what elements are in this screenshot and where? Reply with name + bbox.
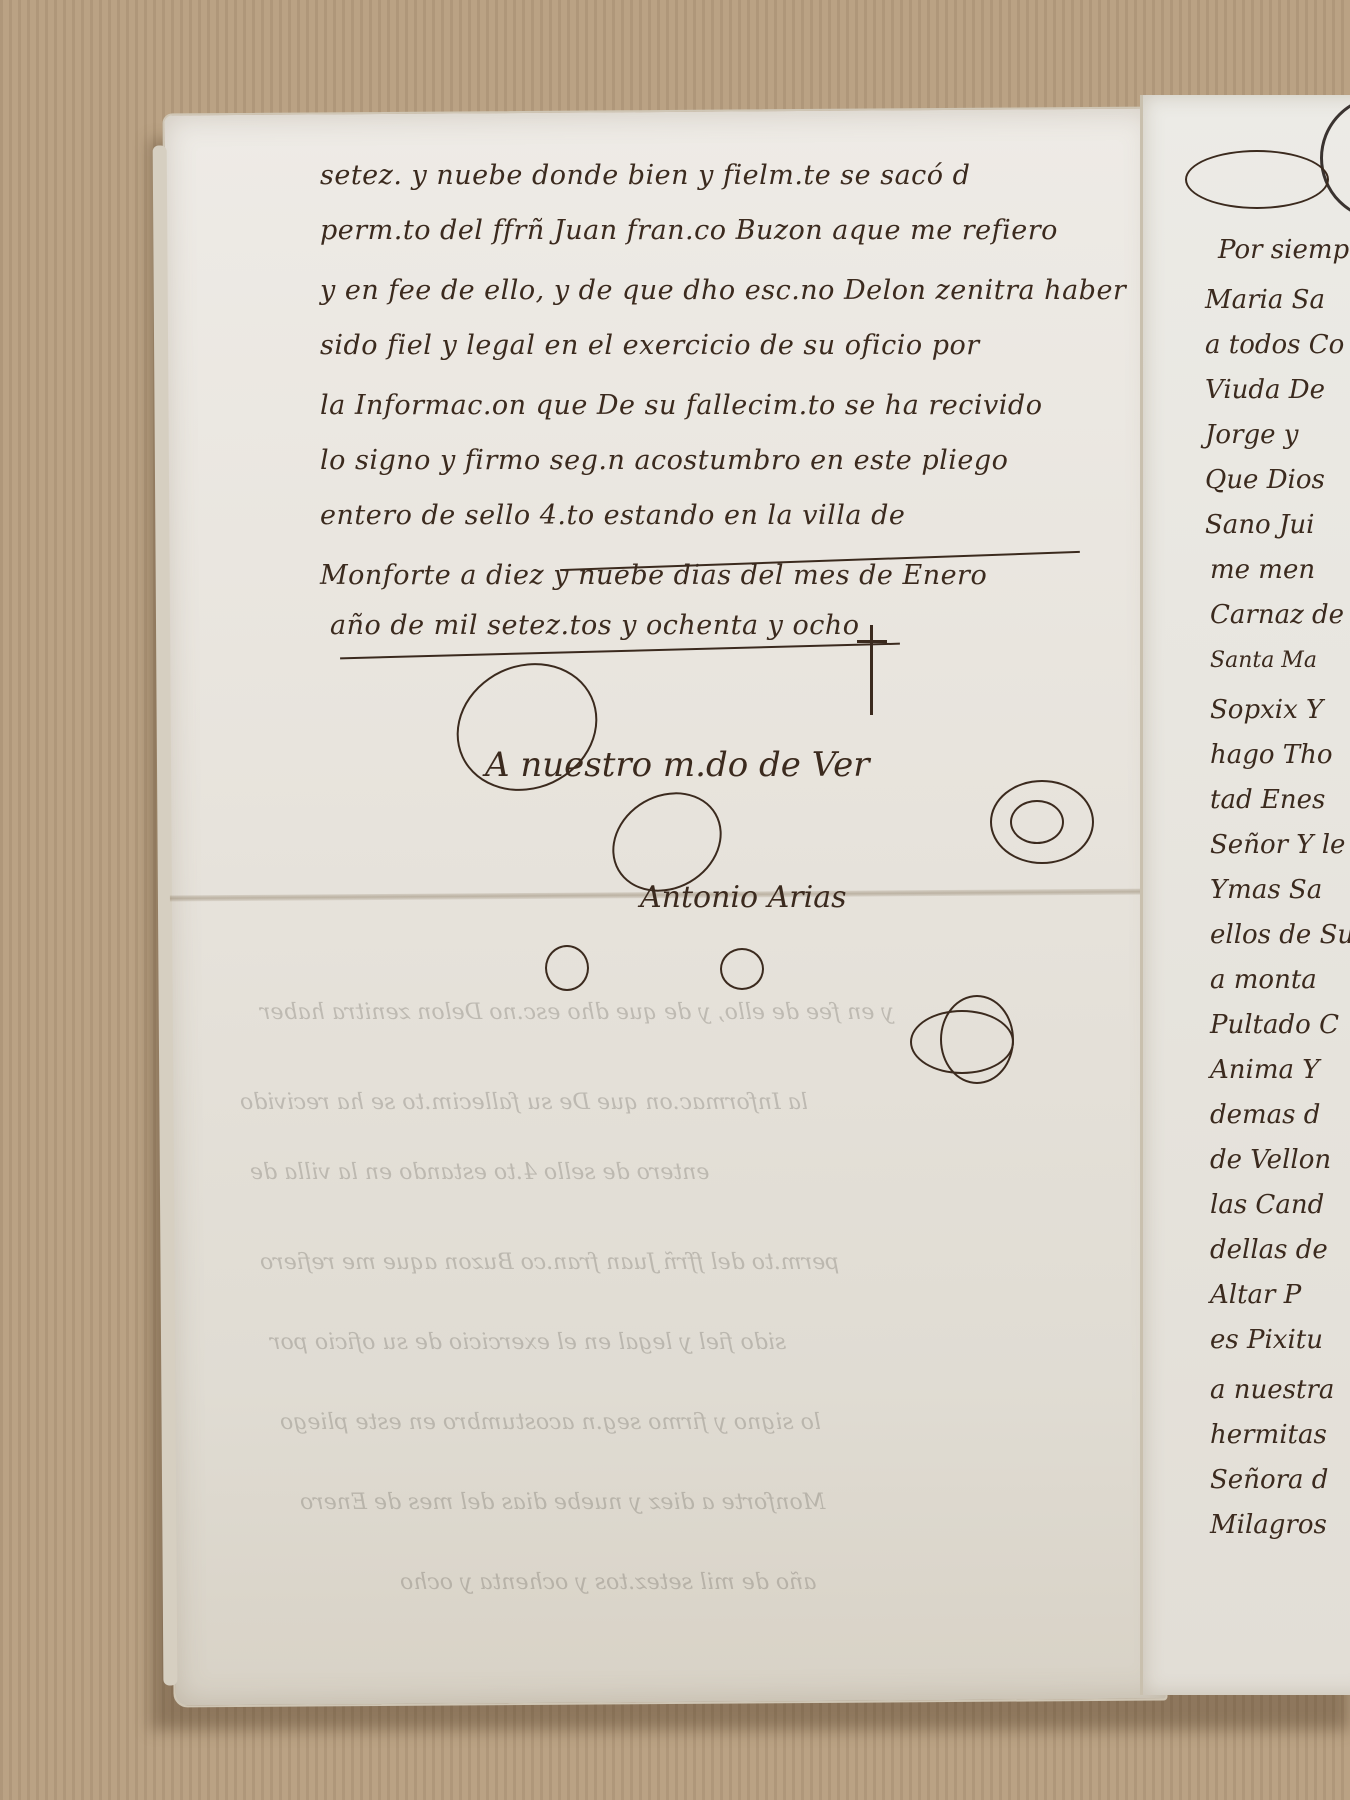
- bleed-through-text: entero de sello 4.to estando en la villa…: [250, 1160, 709, 1185]
- right-line: Sopxix Y: [1210, 695, 1323, 725]
- rubric-rosette: [720, 948, 764, 990]
- right-line: a todos Co: [1205, 330, 1344, 360]
- right-line: me men: [1210, 555, 1315, 585]
- right-line: Sano Jui: [1205, 510, 1314, 540]
- right-line: las Cand: [1210, 1190, 1324, 1220]
- right-line: a monta: [1210, 965, 1317, 995]
- right-line: Señor Y le: [1210, 830, 1345, 860]
- text-line-9: año de mil setez.tos y ochenta y ocho: [330, 610, 860, 641]
- text-line-2: perm.to del ffrñ Juan fran.co Buzon aque…: [320, 215, 1058, 246]
- right-line: de Vellon: [1210, 1145, 1331, 1175]
- right-line: hermitas: [1210, 1420, 1327, 1450]
- right-line: ellos de Su: [1210, 920, 1350, 950]
- text-line-8: Monforte a diez y nuebe dias del mes de …: [320, 560, 987, 591]
- right-line: Maria Sa: [1205, 285, 1325, 315]
- right-line: Jorge y: [1205, 420, 1299, 450]
- text-line-7: entero de sello 4.to estando en la villa…: [320, 500, 905, 531]
- cross-mark-bar: [857, 640, 887, 643]
- bleed-through-text: perm.to del ffrñ Juan fran.co Buzon aque…: [260, 1250, 839, 1275]
- signature-flourish-spiral: [1010, 800, 1064, 844]
- text-line-5: la Informac.on que De su fallecim.to se …: [320, 390, 1042, 421]
- right-page-flourish: [1185, 150, 1329, 209]
- right-line: a nuestra: [1210, 1375, 1334, 1405]
- right-line: es Pixitu: [1210, 1325, 1323, 1355]
- right-line: Santa Ma: [1210, 648, 1317, 673]
- right-line: Que Dios: [1205, 465, 1325, 495]
- text-line-4: sido fiel y legal en el exercicio de su …: [320, 330, 980, 361]
- bleed-through-text: Monforte a diez y nuebe dias del mes de …: [300, 1490, 825, 1515]
- cross-mark-stem: [870, 625, 873, 715]
- bleed-through-text: y en fee de ello, y de que dho esc.no De…: [260, 1000, 894, 1025]
- right-line: tad Enes: [1210, 785, 1325, 815]
- right-line: demas d: [1210, 1100, 1320, 1130]
- right-line: Altar P: [1210, 1280, 1301, 1310]
- text-line-3: y en fee de ello, y de que dho esc.no De…: [320, 275, 1126, 306]
- right-line: Señora d: [1210, 1465, 1328, 1495]
- right-line: Milagros: [1210, 1510, 1327, 1540]
- signature-flourish-knot: [910, 1010, 1014, 1074]
- right-line: Pultado C: [1210, 1010, 1339, 1040]
- right-line: Anima Y: [1210, 1055, 1319, 1085]
- bleed-through-text: sido fiel y legal en el exercicio de su …: [270, 1330, 786, 1355]
- text-line-1: setez. y nuebe donde bien y fielm.te se …: [320, 160, 970, 191]
- bleed-through-text: la Informac.on que De su fallecim.to se …: [240, 1090, 808, 1115]
- right-line: Por siemp: [1218, 235, 1349, 265]
- right-line: Viuda De: [1205, 375, 1325, 405]
- right-line: hago Tho: [1210, 740, 1333, 770]
- right-line: Carnaz de: [1210, 600, 1344, 630]
- rubric-rosette: [545, 945, 589, 991]
- right-line: Ymas Sa: [1210, 875, 1322, 905]
- right-line: dellas de: [1210, 1235, 1328, 1265]
- bleed-through-text: lo signo y firmo seg.n acostumbro en est…: [280, 1410, 821, 1435]
- text-line-6: lo signo y firmo seg.n acostumbro en est…: [320, 445, 1008, 476]
- bleed-through-text: año de mil setez.tos y ochenta y ocho: [400, 1570, 816, 1595]
